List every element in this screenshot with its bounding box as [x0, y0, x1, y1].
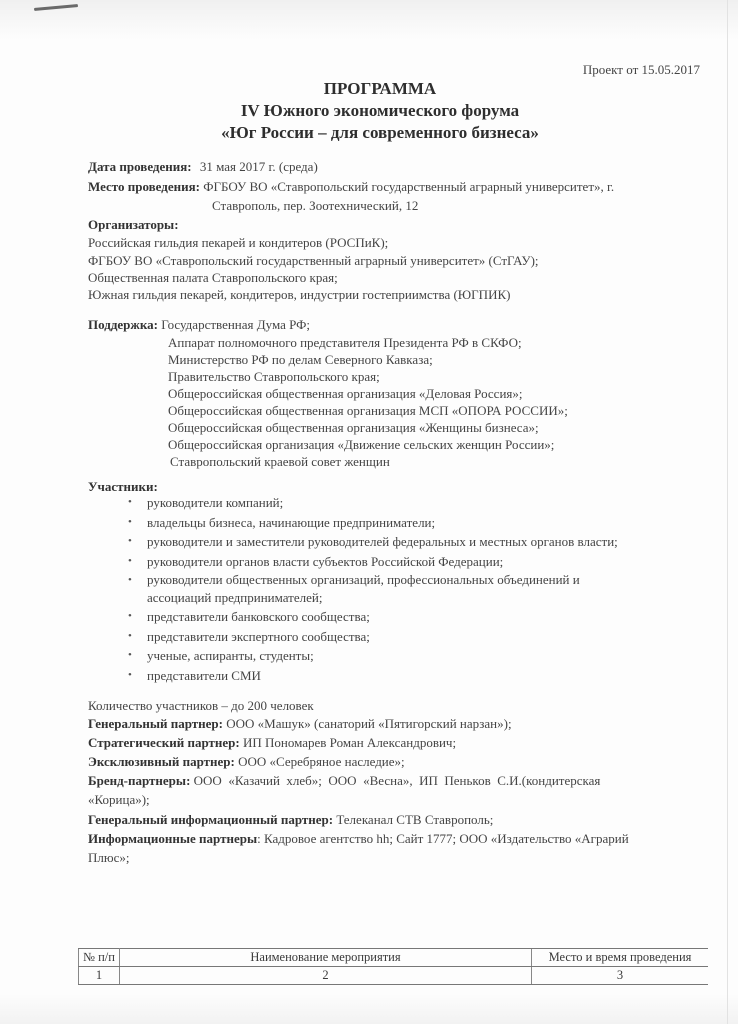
- support-item: Общероссийская общественная организация …: [168, 385, 523, 402]
- support-item: Общероссийская общественная организация …: [168, 402, 568, 419]
- col-number-header: № п/п: [79, 949, 120, 967]
- participant-item: руководители органов власти субъектов Ро…: [130, 552, 618, 572]
- brand-partners-label: Бренд-партнеры:: [88, 773, 190, 788]
- participant-item: представители СМИ: [130, 666, 618, 686]
- participants-count: Количество участников – до 200 человек: [88, 697, 314, 714]
- venue-line1: ФГБОУ ВО «Ставропольский государственный…: [203, 179, 614, 194]
- participant-item: владельцы бизнеса, начинающие предприним…: [130, 513, 618, 533]
- participant-item: руководители и заместители руководителей…: [130, 532, 618, 552]
- exclusive-partner-row: Эксклюзивный партнер: ООО «Серебряное на…: [88, 753, 405, 770]
- support-item: Аппарат полномочного представителя Прези…: [168, 334, 522, 351]
- general-partner-value: ООО «Машук» (санаторий «Пятигорский нарз…: [226, 716, 511, 731]
- page-edge: [727, 0, 728, 1024]
- support-item: Ставропольский краевой совет женщин: [170, 453, 390, 470]
- general-info-partner-value: Телеканал СТВ Ставрополь;: [336, 812, 493, 827]
- page-tagline: «Юг России – для современного бизнеса»: [0, 122, 738, 144]
- organizer-item: Общественная палата Ставропольского края…: [88, 269, 338, 286]
- exclusive-partner-value: ООО «Серебряное наследие»;: [238, 754, 405, 769]
- support-item: Министерство РФ по делам Северного Кавка…: [168, 351, 433, 368]
- general-partner-row: Генеральный партнер: ООО «Машук» (санато…: [88, 715, 512, 732]
- organizer-item: Российская гильдия пекарей и кондитеров …: [88, 234, 388, 251]
- general-partner-label: Генеральный партнер:: [88, 716, 223, 731]
- exclusive-partner-label: Эксклюзивный партнер:: [88, 754, 235, 769]
- col-event-name-header: Наименование мероприятия: [120, 949, 532, 967]
- general-info-partner-row: Генеральный информационный партнер: Теле…: [88, 811, 493, 828]
- brand-partners-value: ООО «Казачий хлеб»; ООО «Весна», ИП Пень…: [194, 773, 601, 788]
- support-item: Правительство Ставропольского края;: [168, 368, 380, 385]
- participant-item: представители экспертного сообщества;: [130, 627, 618, 647]
- support-row: Поддержка: Государственная Дума РФ;: [88, 316, 310, 333]
- info-partners-value: : Кадровое агентство hh; Сайт 1777; ООО …: [257, 831, 629, 846]
- page-subtitle: IV Южного экономического форума: [0, 100, 738, 122]
- organizer-item: Южная гильдия пекарей, кондитеров, индус…: [88, 286, 510, 303]
- info-partners-label: Информационные партнеры: [88, 831, 257, 846]
- table-numbering-row: 1 2 3: [79, 967, 709, 985]
- support-label: Поддержка:: [88, 317, 158, 332]
- document-page: Проект от 15.05.2017 ПРОГРАММА IV Южного…: [0, 0, 738, 1024]
- strategic-partner-row: Стратегический партнер: ИП Пономарев Ром…: [88, 734, 456, 751]
- participant-item: руководители компаний;: [130, 493, 618, 513]
- strategic-partner-value: ИП Пономарев Роман Александрович;: [243, 735, 456, 750]
- col-place-time-header: Место и время проведения: [532, 949, 709, 967]
- table-header-row: № п/п Наименование мероприятия Место и в…: [79, 949, 709, 967]
- page-title: ПРОГРАММА: [0, 78, 738, 100]
- col-number-index: 1: [79, 967, 120, 985]
- scan-shadow-bottom: [0, 994, 738, 1024]
- participant-item: руководители общественных организаций, п…: [130, 571, 618, 589]
- participant-item: ученые, аспиранты, студенты;: [130, 646, 618, 666]
- venue-label: Место проведения:: [88, 179, 200, 194]
- date-label: Дата проведения:: [88, 159, 192, 174]
- brand-partners-row: Бренд-партнеры: ООО «Казачий хлеб»; ООО …: [88, 772, 600, 789]
- date-row: Дата проведения: 31 мая 2017 г. (среда): [88, 158, 318, 175]
- program-table: № п/п Наименование мероприятия Место и в…: [78, 948, 708, 985]
- venue-line2: Ставрополь, пер. Зоотехнический, 12: [212, 197, 418, 214]
- venue-row: Место проведения: ФГБОУ ВО «Ставропольск…: [88, 178, 614, 195]
- info-partners-row: Информационные партнеры: Кадровое агентс…: [88, 830, 629, 847]
- participant-item: представители банковского сообщества;: [130, 607, 618, 627]
- brand-partners-continuation: «Корица»);: [88, 791, 150, 808]
- col-place-time-index: 3: [532, 967, 709, 985]
- scan-shadow-top: [0, 0, 738, 40]
- support-item: Общероссийская организация «Движение сел…: [168, 436, 554, 453]
- organizers-label: Организаторы:: [88, 216, 179, 233]
- support-item: Общероссийская общественная организация …: [168, 419, 539, 436]
- date-value: 31 мая 2017 г. (среда): [200, 159, 318, 174]
- participant-item-continuation: ассоциаций предпринимателей;: [130, 589, 618, 607]
- general-info-partner-label: Генеральный информационный партнер:: [88, 812, 333, 827]
- strategic-partner-label: Стратегический партнер:: [88, 735, 240, 750]
- col-event-name-index: 2: [120, 967, 532, 985]
- title-block: ПРОГРАММА IV Южного экономического форум…: [0, 78, 738, 144]
- support-item: Государственная Дума РФ;: [161, 317, 310, 332]
- organizer-item: ФГБОУ ВО «Ставропольский государственный…: [88, 252, 539, 269]
- draft-note: Проект от 15.05.2017: [540, 62, 700, 78]
- participants-list: руководители компаний; владельцы бизнеса…: [130, 493, 618, 685]
- info-partners-continuation: Плюс»;: [88, 849, 129, 866]
